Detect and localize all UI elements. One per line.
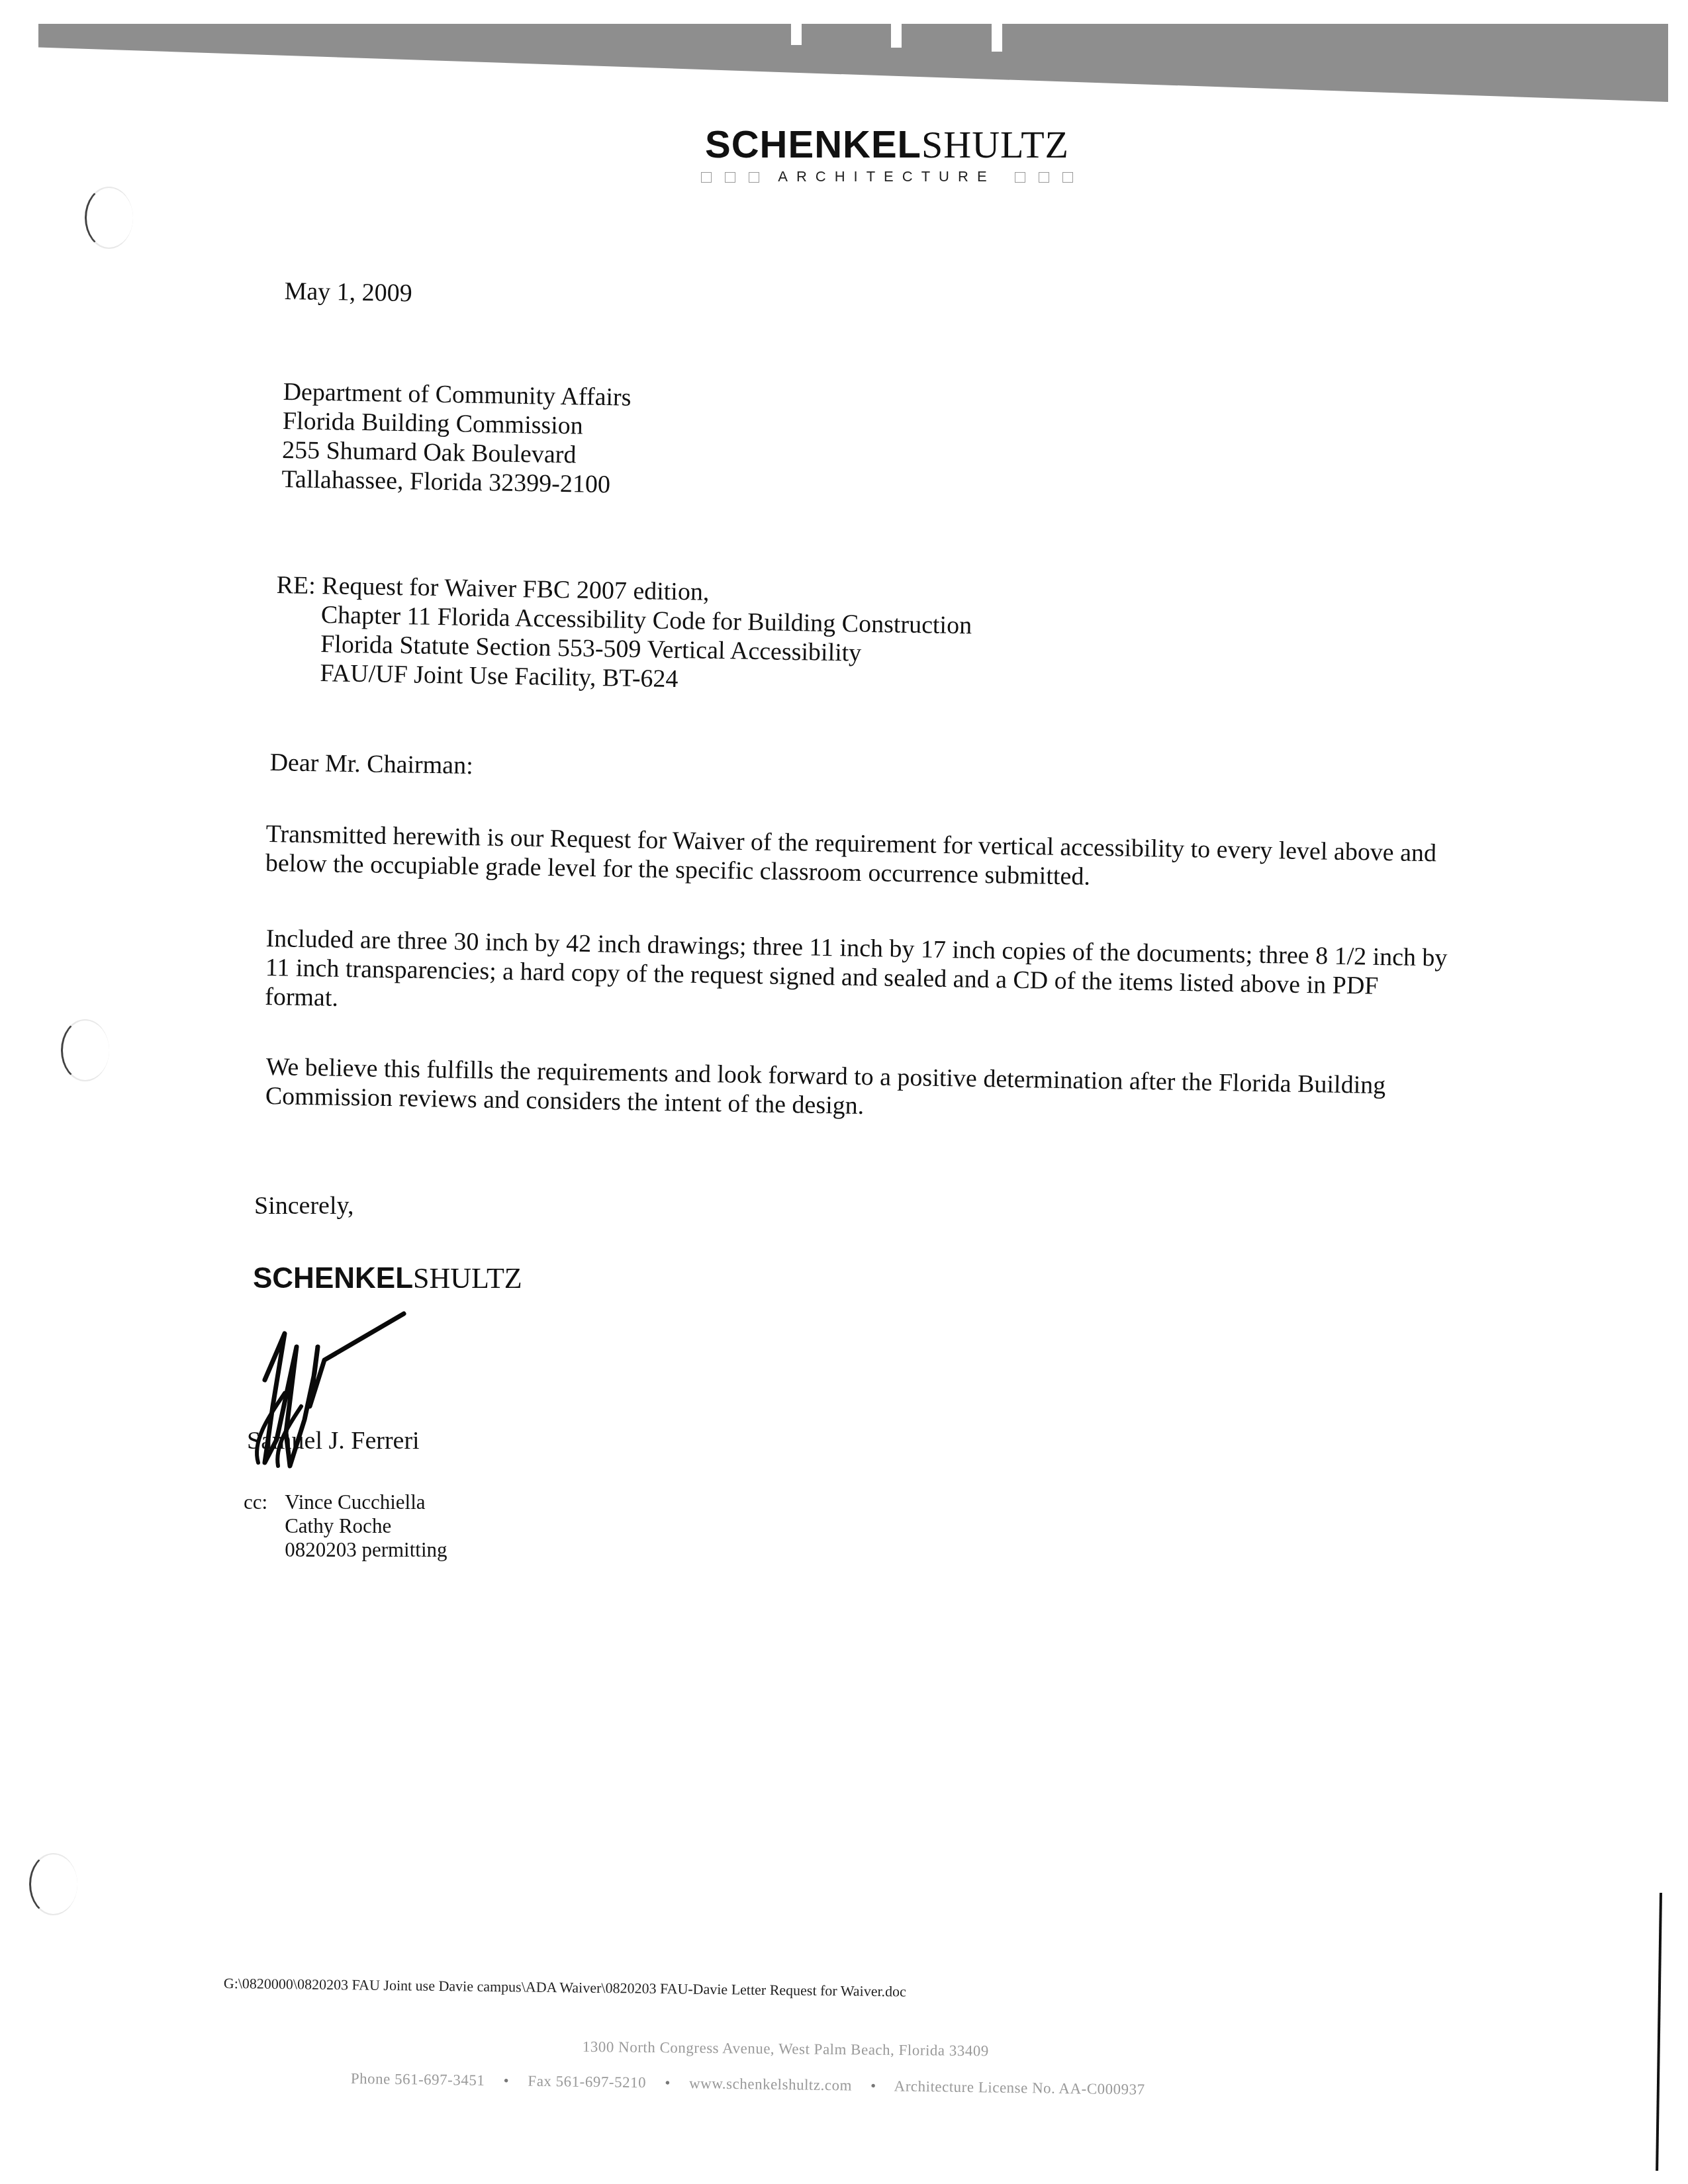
footer-address: 1300 North Congress Avenue, West Palm Be… <box>583 2038 989 2060</box>
scanner-notch <box>791 24 802 45</box>
subject-block: RE: Request for Waiver FBC 2007 edition,… <box>275 570 972 698</box>
footer-license: Architecture License No. AA-C000937 <box>894 2077 1145 2097</box>
cc-recipient: 0820203 permitting <box>285 1538 447 1562</box>
scanner-notch <box>891 24 902 48</box>
square-ornament-icon <box>749 172 759 183</box>
body-paragraph: Transmitted herewith is our Request for … <box>265 819 1458 897</box>
signature-company: SCHENKELSHULTZ <box>253 1261 522 1295</box>
body-paragraph: Included are three 30 inch by 42 inch dr… <box>265 924 1458 1031</box>
letterhead: SCHENKELSHULTZ ARCHITECTURE <box>662 126 1112 185</box>
footer-website: www.schenkelshultz.com <box>689 2075 852 2093</box>
closing: Sincerely, <box>254 1191 354 1220</box>
subject-prefix: RE: <box>276 571 316 600</box>
page-edge-line <box>1656 1893 1662 2171</box>
footer-fax: Fax 561-697-5210 <box>528 2073 646 2091</box>
handwritten-signature-icon <box>238 1307 437 1479</box>
square-ornament-icon <box>1039 172 1049 183</box>
bullet-separator-icon: • <box>870 2077 876 2094</box>
salutation: Dear Mr. Chairman: <box>269 748 473 780</box>
letterhead-subtitle: ARCHITECTURE <box>662 168 1112 185</box>
scanner-notch <box>992 24 1002 52</box>
body-paragraph: We believe this fulfills the requirement… <box>265 1052 1458 1130</box>
cc-recipient: Vince Cucchiella <box>285 1490 447 1514</box>
hole-punch-mark <box>85 187 133 249</box>
footer-phone: Phone 561-697-3451 <box>351 2070 485 2089</box>
square-ornament-icon <box>701 172 712 183</box>
cc-label: cc: <box>244 1490 267 1562</box>
cc-recipient: Cathy Roche <box>285 1514 447 1538</box>
square-ornament-icon <box>1015 172 1025 183</box>
scanner-edge-band <box>38 24 1668 102</box>
square-ornament-icon <box>725 172 735 183</box>
square-ornament-icon <box>1062 172 1073 183</box>
bullet-separator-icon: • <box>503 2072 509 2089</box>
footer-contact: Phone 561-697-3451 • Fax 561-697-5210 • … <box>351 2070 1145 2099</box>
cc-block: cc: Vince Cucchiella Cathy Roche 0820203… <box>244 1490 447 1562</box>
hole-punch-mark <box>61 1019 109 1081</box>
letter-date: May 1, 2009 <box>284 277 412 308</box>
document-file-path: G:\0820000\0820203 FAU Joint use Davie c… <box>224 1975 906 2001</box>
address-line: Tallahassee, Florida 32399-2100 <box>281 465 630 500</box>
recipient-address: Department of Community Affairs Florida … <box>281 377 632 500</box>
hole-punch-mark <box>29 1853 77 1915</box>
letterhead-logo: SCHENKELSHULTZ <box>662 126 1112 164</box>
bullet-separator-icon: • <box>665 2075 671 2091</box>
